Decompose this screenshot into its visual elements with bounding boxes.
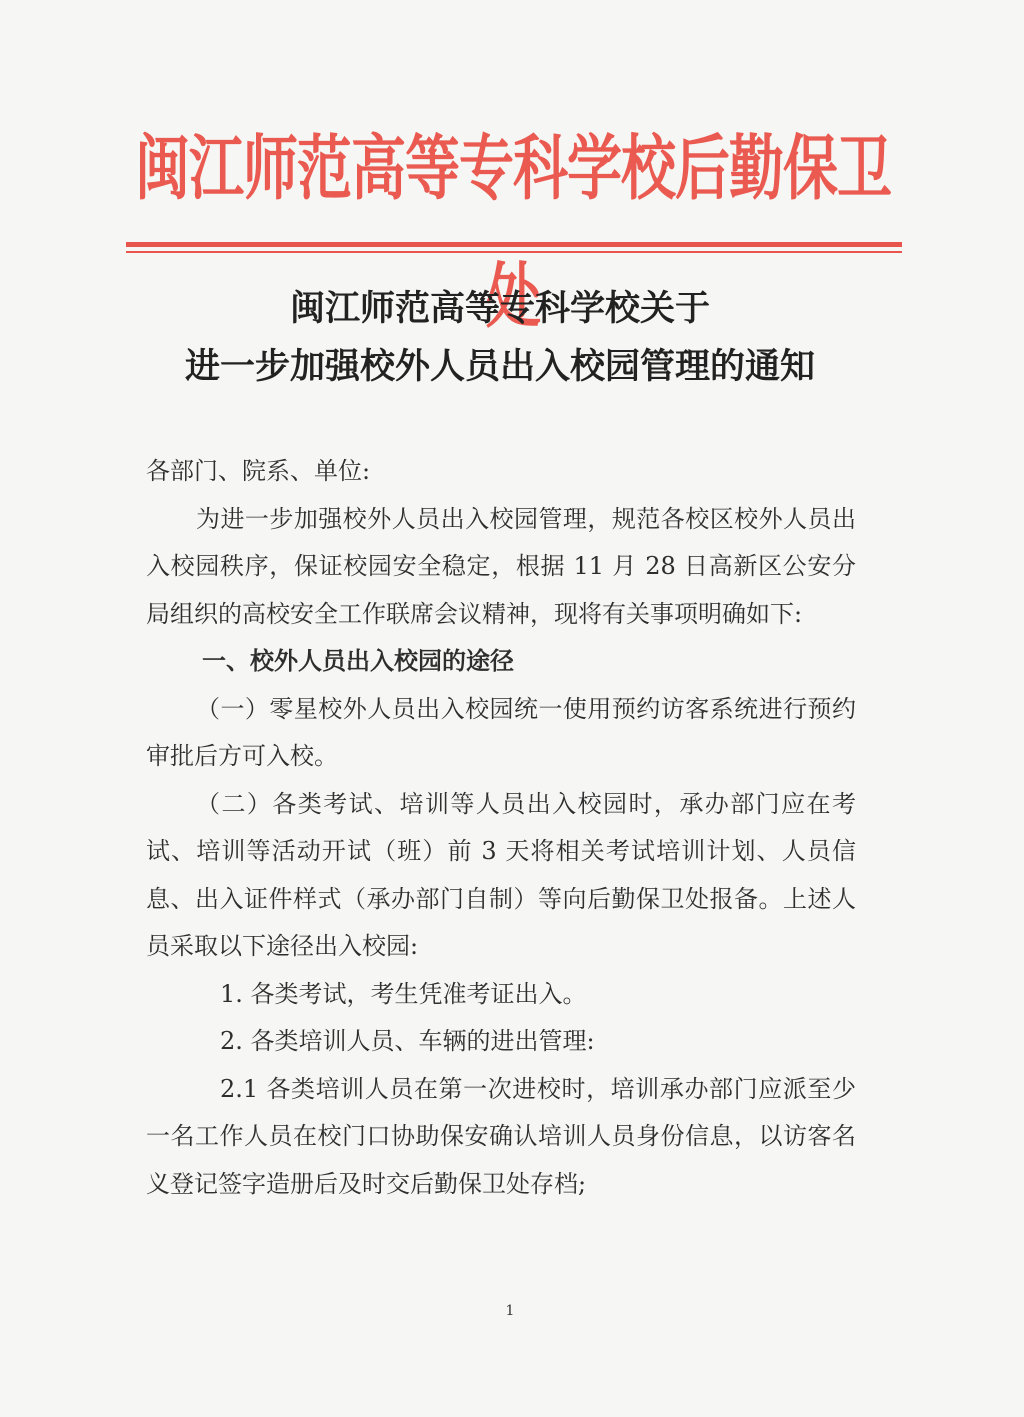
salutation: 各部门、院系、单位: — [146, 448, 856, 496]
item-2-paragraph: （二）各类考试、培训等人员出入校园时，承办部门应在考试、培训等活动开试（班）前 … — [146, 781, 856, 971]
section-1-heading: 一、校外人员出入校园的途径 — [146, 638, 856, 686]
item-1-paragraph: （一）零星校外人员出入校园统一使用预约访客系统进行预约审批后方可入校。 — [146, 686, 856, 781]
sub-item-1: 1. 各类考试，考生凭准考证出入。 — [146, 971, 856, 1019]
masthead-rule-thin — [126, 251, 902, 253]
masthead-org-name: 闽江师范高等专科学校后勤保卫处 — [128, 104, 898, 232]
sub-item-2: 2. 各类培训人员、车辆的进出管理: — [146, 1018, 856, 1066]
intro-paragraph: 为进一步加强校外人员出入校园管理，规范各校区校外人员出入校园秩序，保证校园安全稳… — [146, 496, 856, 639]
sub-item-2-1: 2.1 各类培训人员在第一次进校时，培训承办部门应派至少一名工作人员在校门口协助… — [146, 1066, 856, 1209]
page-number: 1 — [500, 1303, 520, 1319]
title-line-2: 进一步加强校外人员出入校园管理的通知 — [140, 338, 860, 396]
masthead-rule-thick — [126, 242, 902, 247]
document-body: 各部门、院系、单位: 为进一步加强校外人员出入校园管理，规范各校区校外人员出入校… — [146, 448, 856, 1208]
document-title: 闽江师范高等专科学校关于 进一步加强校外人员出入校园管理的通知 — [140, 280, 860, 396]
document-page: 闽江师范高等专科学校后勤保卫处 闽江师范高等专科学校关于 进一步加强校外人员出入… — [0, 0, 1024, 1417]
title-line-1: 闽江师范高等专科学校关于 — [140, 280, 860, 338]
